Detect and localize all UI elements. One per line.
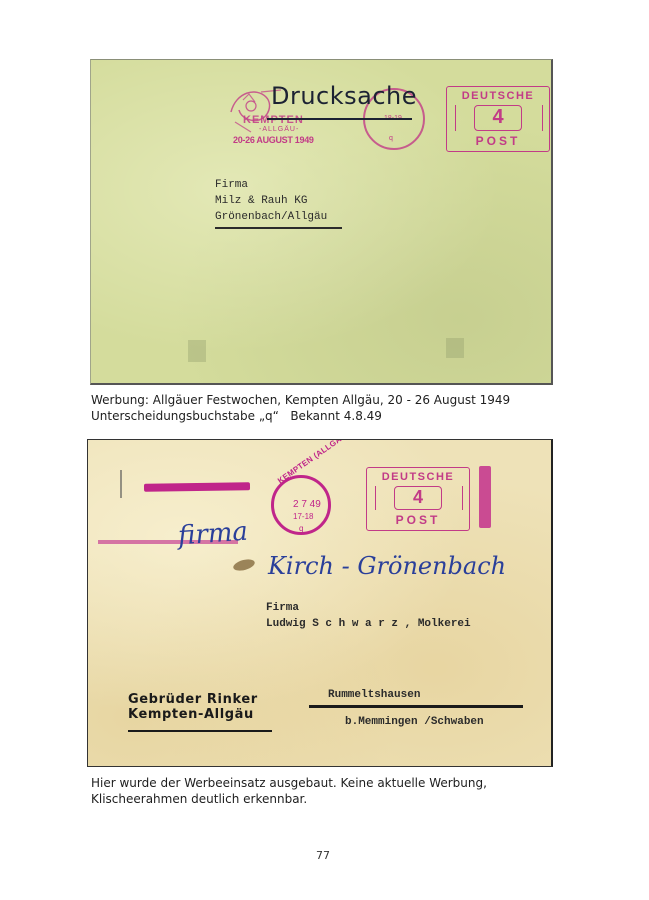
ink-bar: [144, 482, 250, 491]
meter-stamp: DEUTSCHE 4 POST: [366, 467, 470, 531]
postmark-date: 2 7 49: [293, 499, 321, 510]
postmark-time: 17-18: [293, 512, 313, 521]
address-line: Firma: [215, 177, 327, 193]
sender-underline: [128, 730, 272, 732]
meter-bottom-text: POST: [447, 134, 549, 148]
meter-value: 4: [394, 486, 442, 510]
paper-mark: [120, 470, 122, 498]
handwritten-firma: firma: [177, 517, 249, 552]
printed-matter-label: Drucksache: [271, 82, 417, 110]
stain: [232, 557, 256, 572]
envelope-image-2: KEMPTEN (ALLGÄU) 2 2 7 49 17-18 q DEUTSC…: [87, 439, 553, 767]
caption-2: Hier wurde der Werbeeinsatz ausgebaut. K…: [91, 775, 561, 807]
address-underline: [215, 227, 342, 229]
address-line: Milz & Rauh KG: [215, 193, 327, 209]
meter-value: 4: [474, 105, 522, 131]
paper-mark: [446, 338, 464, 358]
sender-imprint: Gebrüder RinkerKempten-Allgäu: [128, 692, 258, 722]
meter-stamp: DEUTSCHE 4 POST: [446, 86, 550, 152]
ad-slogan-line3: 20-26 AUGUST 1949: [233, 135, 314, 145]
paper-mark: [188, 340, 206, 362]
town-underline: [309, 705, 523, 708]
recipient-address: FirmaLudwig S c h w a r z , Molkerei: [266, 600, 471, 632]
recipient-town: Rummeltshausen: [328, 687, 420, 703]
recipient-address: FirmaMilz & Rauh KGGrönenbach/Allgäu: [215, 177, 327, 225]
meter-bottom-text: POST: [367, 513, 469, 527]
page-number: 77: [316, 849, 330, 862]
caption-1-line1: Werbung: Allgäuer Festwochen, Kempten Al…: [91, 392, 510, 408]
ad-slogan-line2: -ALLGÄU-: [259, 126, 299, 133]
recipient-region: b.Memmingen /Schwaben: [345, 714, 484, 730]
postmark-letter: q: [389, 135, 393, 142]
address-line: Firma: [266, 600, 471, 616]
meter-top-text: DEUTSCHE: [447, 90, 549, 102]
sender-line: Kempten-Allgäu: [128, 707, 258, 722]
address-line: Ludwig S c h w a r z , Molkerei: [266, 616, 471, 632]
address-line: Grönenbach/Allgäu: [215, 209, 327, 225]
caption-1-line2: Unterscheidungsbuchstabe „q“ Bekannt 4.8…: [91, 408, 510, 424]
meter-top-text: DEUTSCHE: [367, 471, 469, 483]
postmark-letter: q: [299, 524, 303, 533]
sender-line: Gebrüder Rinker: [128, 692, 258, 707]
ad-slogan-line1: KEMPTEN: [243, 114, 304, 126]
caption-1: Werbung: Allgäuer Festwochen, Kempten Al…: [91, 392, 510, 424]
envelope-image-1: KEMPTEN -ALLGÄU- 20-26 AUGUST 1949 18-19…: [90, 59, 553, 385]
handwritten-town: Kirch - Grönenbach: [268, 552, 506, 580]
ink-bar-vertical: [479, 466, 491, 528]
label-underline: [267, 118, 412, 120]
